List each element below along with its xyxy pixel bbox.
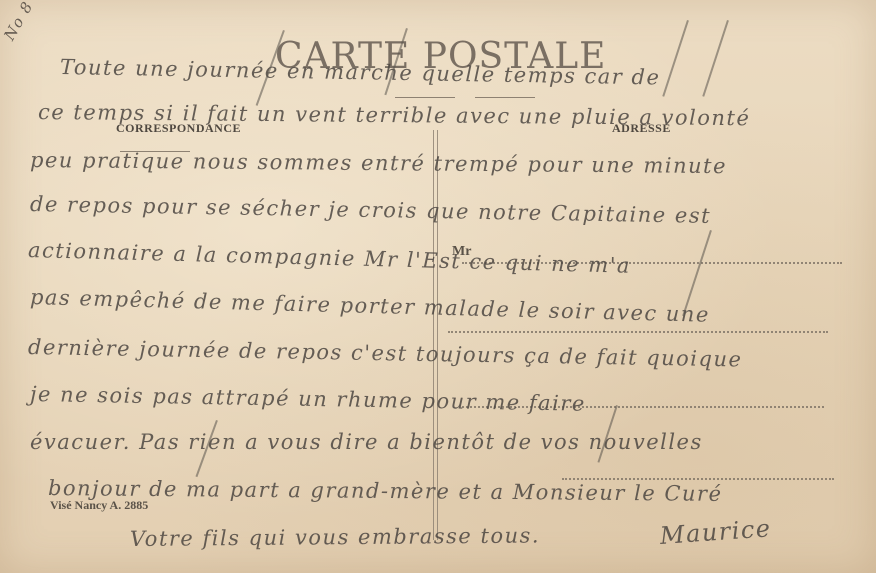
ascender-stroke — [662, 20, 688, 97]
handwriting-line-10: bonjour de ma part a grand-mère et a Mon… — [48, 476, 723, 506]
handwriting-line-7: dernière journée de repos c'est toujours… — [28, 335, 743, 371]
handwriting-line-8: je ne sois pas attrapé un rhume pour me … — [30, 382, 586, 416]
corner-note: No 8 — [0, 0, 37, 43]
rule-right — [475, 97, 535, 98]
rule-left — [395, 97, 455, 98]
signature: Maurice — [659, 514, 772, 550]
address-line-2 — [448, 331, 828, 333]
ascender-stroke — [702, 20, 728, 97]
handwriting-line-5: actionnaire a la compagnie Mr l'Est ce q… — [28, 238, 632, 278]
address-line-4 — [562, 478, 834, 480]
postcard-back: CARTE POSTALE CORRESPONDANCE ADRESSE Vis… — [0, 0, 876, 573]
handwriting-line-11: Votre fils qui vous embrasse tous. — [130, 523, 540, 551]
handwriting-line-3: peu pratique nous sommes entré trempé po… — [30, 148, 727, 178]
handwriting-line-6: pas empêché de me faire porter malade le… — [30, 285, 710, 327]
handwriting-line-4: de repos pour se sécher je crois que not… — [30, 192, 711, 228]
